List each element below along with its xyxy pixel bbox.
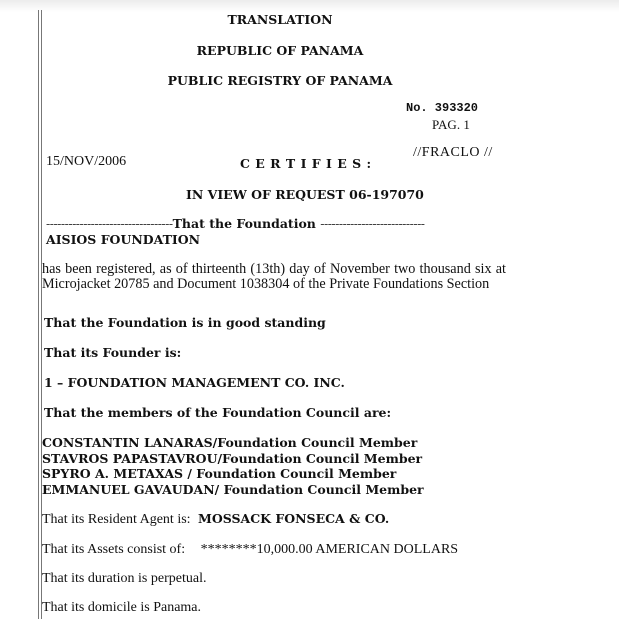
foundation-name: AISIOS FOUNDATION [46, 232, 200, 247]
issue-date: 15/NOV/2006 [46, 154, 126, 170]
section-heading-label: That the Foundation [173, 216, 316, 231]
margin-rule-outer [38, 10, 39, 619]
registration-paragraph: has been registered, as of thirteenth (1… [42, 262, 506, 291]
assets-label: That its Assets consist of: [42, 542, 185, 557]
registry-heading: PUBLIC REGISTRY OF PANAMA [0, 73, 560, 88]
resident-agent-label: That its Resident Agent is: [42, 512, 191, 527]
founder-label: That its Founder is: [44, 345, 181, 360]
dash-right: ---------------------------- [320, 216, 424, 231]
council-label: That the members of the Foundation Counc… [44, 405, 391, 420]
request-number: IN VIEW OF REQUEST 06-197070 [186, 187, 424, 202]
doc-title: TRANSLATION [0, 12, 560, 27]
resident-agent-value: MOSSACK FONSECA & CO. [198, 511, 389, 526]
dash-left: ---------------------------------- [46, 216, 173, 231]
assets-value: ********10,000.00 AMERICAN DOLLARS [201, 542, 458, 557]
resident-agent-line: That its Resident Agent is: MOSSACK FONS… [42, 511, 389, 528]
founder-name: 1 – FOUNDATION MANAGEMENT CO. INC. [44, 375, 345, 390]
country-heading: REPUBLIC OF PANAMA [0, 43, 560, 58]
top-shadow [0, 0, 619, 12]
section-heading: ----------------------------------That t… [46, 216, 425, 231]
clerk-code: //FRACLO // [413, 145, 493, 161]
council-member: SPYRO A. METAXAS / Foundation Council Me… [42, 466, 396, 481]
reference-number: No. 393320 [406, 101, 478, 115]
council-member: CONSTANTIN LANARAS/Foundation Council Me… [42, 435, 417, 450]
certifies-heading: C E R T I F I E S : [240, 156, 372, 171]
council-member: EMMANUEL GAVAUDAN/ Foundation Council Me… [42, 482, 424, 497]
duration-statement: That its duration is perpetual. [42, 571, 206, 587]
domicile-statement: That its domicile is Panama. [42, 600, 201, 616]
assets-line: That its Assets consist of: ********10,0… [42, 542, 458, 558]
council-member: STAVROS PAPASTAVROU/Foundation Council M… [42, 451, 422, 466]
page-number: PAG. 1 [432, 117, 470, 133]
standing-statement: That the Foundation is in good standing [44, 315, 326, 330]
